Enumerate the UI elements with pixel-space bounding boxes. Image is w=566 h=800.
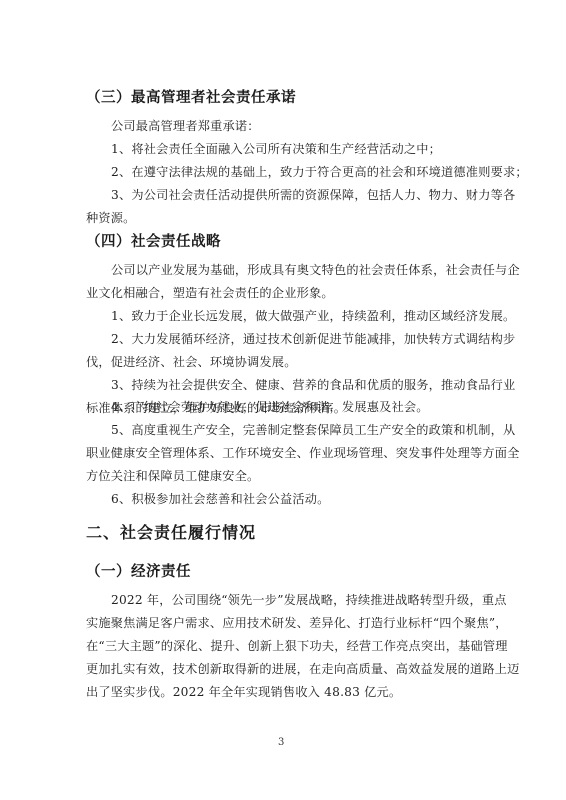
paragraph-line: 职业健康安全管理体系、工作环境安全、作业现场管理、突发事件处理等方面全 [86, 444, 480, 461]
section-heading-2-1: （一）经济责任 [86, 560, 191, 581]
paragraph-line: 更加扎实有效，技术创新取得新的进展，在走向高质量、高效益发展的道路上迈 [86, 660, 480, 677]
paragraph-line: 实施聚焦满足客户需求、应用技术研发、差异化、打造行业标杆“四个聚焦”， [86, 614, 480, 631]
chapter-heading: 二、社会责任履行情况 [86, 520, 256, 543]
paragraph-line: 业文化相融合，塑造有社会责任的企业形象。 [86, 284, 480, 301]
paragraph-line: 3、为公司社会责任活动提供所需的资源保障，包括人力、物力、财力等各 [86, 186, 480, 203]
paragraph-line: 方位关注和保障员工健康安全。 [86, 467, 480, 484]
paragraph-line: 1、致力于企业长远发展，做大做强产业，持续盈利，推动区域经济发展。 [86, 307, 480, 324]
paragraph-line: 公司最高管理者郑重承诺： [86, 117, 480, 134]
paragraph-line: 1、将社会责任全面融入公司所有决策和生产经营活动之中； [86, 140, 480, 157]
paragraph-line: 在“三大主题”的深化、提升、创新上狠下功夫，经营工作亮点突出，基础管理 [86, 637, 480, 654]
paragraph-line: 2、在遵守法律法规的基础上，致力于符合更高的社会和环境道德准则要求； [86, 163, 480, 180]
paragraph-line: 2、大力发展循环经济，通过技术创新促进节能减排，加快转方式调结构步 [86, 330, 480, 347]
section-heading-4: （四）社会责任战略 [86, 230, 221, 251]
paragraph-line: 6、积极参加社会慈善和社会公益活动。 [86, 490, 480, 507]
paragraph-line: 伐，促进经济、社会、环境协调发展。 [86, 353, 480, 370]
paragraph-line: 公司以产业发展为基础，形成具有奥文特色的社会责任体系，社会责任与企 [86, 261, 480, 278]
paragraph-line: 种资源。 [86, 209, 480, 226]
paragraph-line: 4、广纳社会劳动力就业，促进社会和谐，发展惠及社会。 [86, 398, 480, 415]
paragraph-line: 3、持续为社会提供安全、健康、营养的食品和优质的服务，推动食品行业 [86, 376, 480, 393]
section-heading-3: （三）最高管理者社会责任承诺 [86, 86, 296, 107]
page-number: 3 [278, 737, 284, 748]
paragraph-line: 2022 年，公司围绕“领先一步”发展战略，持续推进战略转型升级，重点 [86, 591, 480, 608]
paragraph-line: 5、高度重视生产安全，完善制定整套保障员工生产安全的政策和机制，从 [86, 421, 480, 438]
paragraph-line: 出了坚实步伐。2022 年全年实现销售收入 48.83 亿元。 [86, 683, 480, 700]
